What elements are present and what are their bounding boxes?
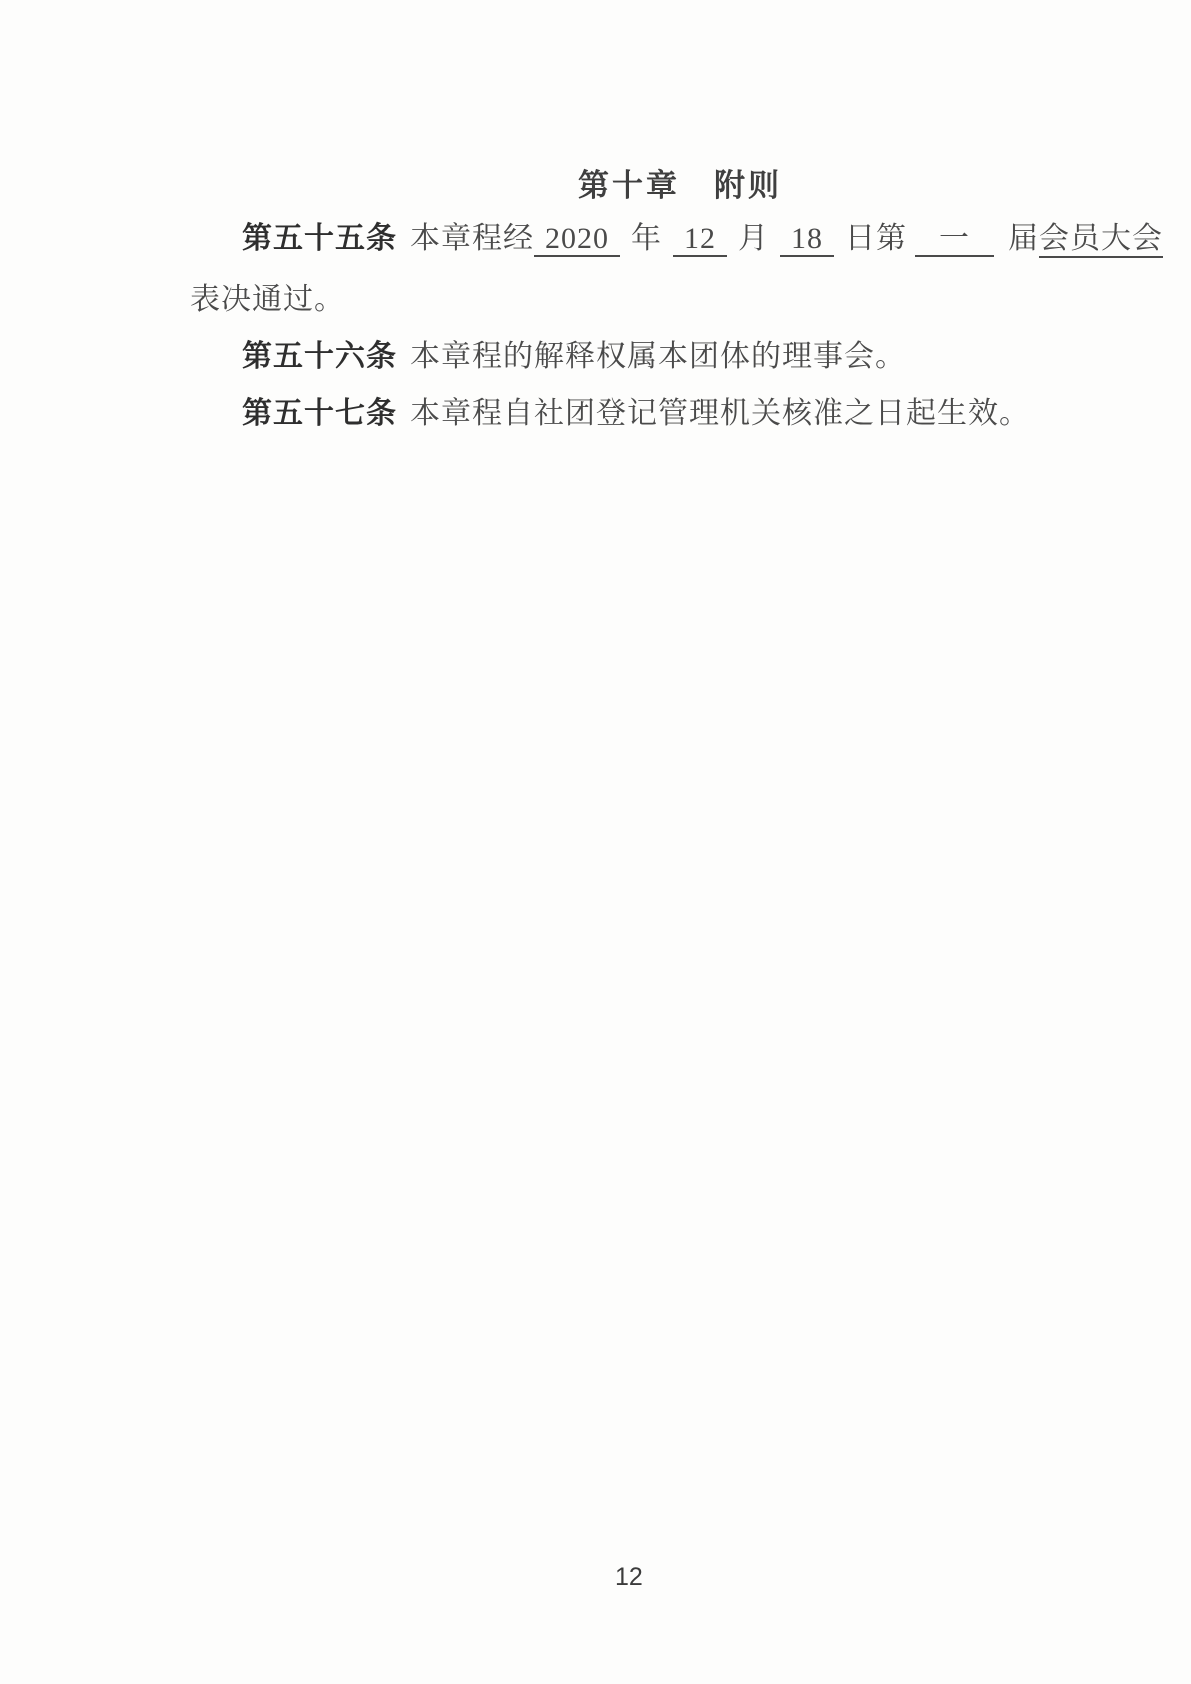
article-55-line-1: 第五十五条本章程经2020年12月18日第一届会员大会 (242, 222, 1163, 257)
page-number: 12 (615, 1563, 643, 1592)
article-57-number: 第五十七条 (242, 397, 397, 430)
month-blank-value: 12 (673, 222, 727, 257)
document-page: 第十章 附则 第五十五条本章程经2020年12月18日第一届会员大会 表决通过。… (0, 0, 1191, 1684)
day-blank-value: 18 (780, 222, 834, 257)
session-blank-value: 一 (915, 222, 994, 257)
article-56-line: 第五十六条本章程的解释权属本团体的理事会。 (242, 340, 906, 375)
year-unit-label: 年 (631, 222, 662, 255)
year-blank-value: 2020 (534, 222, 620, 257)
session-unit-label: 届 (1008, 222, 1039, 255)
chapter-heading: 第十章 附则 (578, 160, 782, 205)
article-57-text: 本章程自社团登记管理机关核准之日起生效。 (410, 397, 1030, 430)
day-unit-label: 日第 (845, 222, 907, 255)
article-56-text: 本章程的解释权属本团体的理事会。 (410, 340, 906, 373)
article-57-line: 第五十七条本章程自社团登记管理机关核准之日起生效。 (242, 397, 1030, 432)
article-55-line-2: 表决通过。 (190, 283, 345, 318)
article-55-number: 第五十五条 (242, 222, 397, 255)
article-56-number: 第五十六条 (242, 340, 397, 373)
month-unit-label: 月 (738, 222, 769, 255)
article-55-wrap-text: 表决通过。 (190, 283, 345, 316)
article-55-intro-text: 本章程经 (410, 222, 534, 255)
meeting-name-underlined: 会员大会 (1039, 222, 1163, 258)
